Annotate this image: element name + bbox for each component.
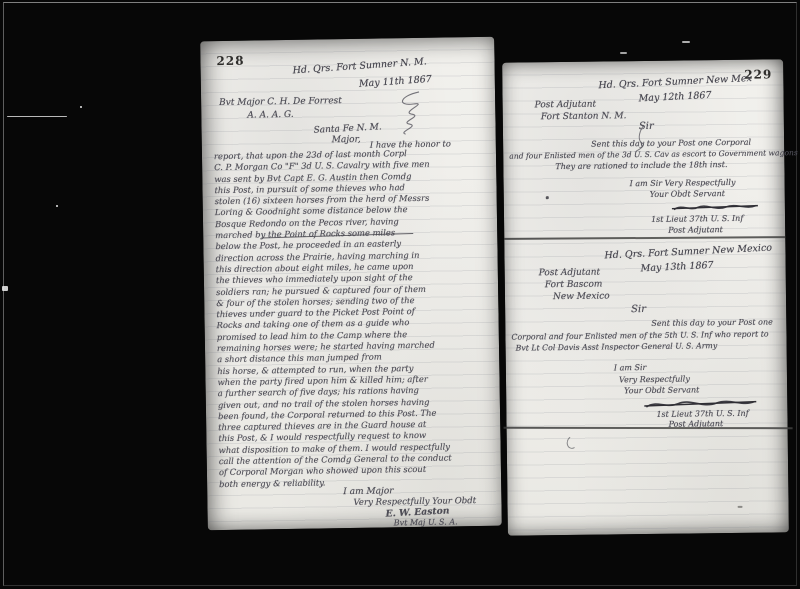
page-number: 228 (216, 54, 244, 68)
struck-signature (672, 201, 758, 214)
pen-squiggle (565, 435, 579, 450)
address-line: Santa Fe N. M. (313, 122, 382, 135)
letter-body: report, that upon the 23d of last month … (214, 147, 497, 490)
dust-speck (620, 52, 627, 54)
rank-line: 1st Lieut 37th U. S. Inf (656, 409, 748, 419)
letter-heading-place: Hd. Qrs. Fort Sumner New Mex (598, 73, 752, 91)
closing-line: I am Sir Very Respectfully (630, 178, 736, 188)
dust-speck (56, 205, 58, 207)
letter-heading-date: May 12th 1867 (638, 90, 711, 104)
ledger-page-right: 229 Hd. Qrs. Fort Sumner New Mex May 12t… (502, 59, 789, 535)
address-line: New Mexico (553, 291, 610, 302)
handwritten-line: Bvt Lt Col Davis Asst Inspector General … (516, 341, 718, 352)
address-line: Fort Stanton N. M. (541, 111, 627, 122)
salutation: Sir (631, 304, 646, 315)
handwritten-line: and four Enlisted men of the 3d U. S. Ca… (509, 148, 798, 161)
address-line: Post Adjutant (539, 268, 601, 279)
entry-divider-rule (504, 236, 785, 240)
film-nick (2, 286, 8, 291)
rank-line: 1st Lieut 37th U. S. Inf (651, 214, 743, 224)
letter-heading-date: May 11th 1867 (359, 74, 433, 90)
letter-heading-place: Hd. Qrs. Fort Sumner N. M. (292, 56, 427, 76)
dust-speck (80, 106, 82, 108)
address-line: Fort Bascom (545, 280, 603, 291)
letter-heading-date: May 13th 1867 (640, 260, 713, 274)
address-line: Bvt Major C. H. De Forrest (219, 96, 342, 108)
faint-mark (738, 506, 743, 508)
title-line: Post Adjutant (668, 225, 723, 235)
signature-title: Bvt Maj U. S. A. (394, 517, 458, 527)
closing-line: I am Sir (614, 363, 647, 372)
handwritten-line: Sent this day to your Post one Corporal (591, 138, 751, 149)
microfilm-scan: 228 Hd. Qrs. Fort Sumner N. M. May 11th … (0, 0, 800, 589)
dust-speck (682, 41, 690, 43)
closing-line: Your Obdt Servant (624, 385, 699, 395)
ledger-page-left: 228 Hd. Qrs. Fort Sumner N. M. May 11th … (200, 37, 502, 531)
closing-line: I am Major (343, 486, 393, 497)
entry-divider-rule (504, 427, 793, 430)
handwritten-line: Corporal and four Enlisted men of the 5t… (511, 330, 768, 342)
film-scratch (7, 116, 67, 117)
address-line: A. A. A. G. (247, 110, 294, 121)
letter-heading-place: Hd. Qrs. Fort Sumner New Mexico (604, 243, 772, 262)
salutation: Major, (332, 135, 361, 145)
pen-flourish (389, 90, 432, 137)
address-line: Post Adjutant (535, 100, 597, 111)
handwritten-line: They are rationed to include the 18th in… (555, 160, 727, 171)
handwritten-line: Sent this day to your Post one (651, 317, 773, 327)
ink-blot (546, 196, 549, 199)
closing-line: Your Obdt Servant (650, 189, 725, 199)
closing-line: Very Respectfully (619, 374, 690, 384)
